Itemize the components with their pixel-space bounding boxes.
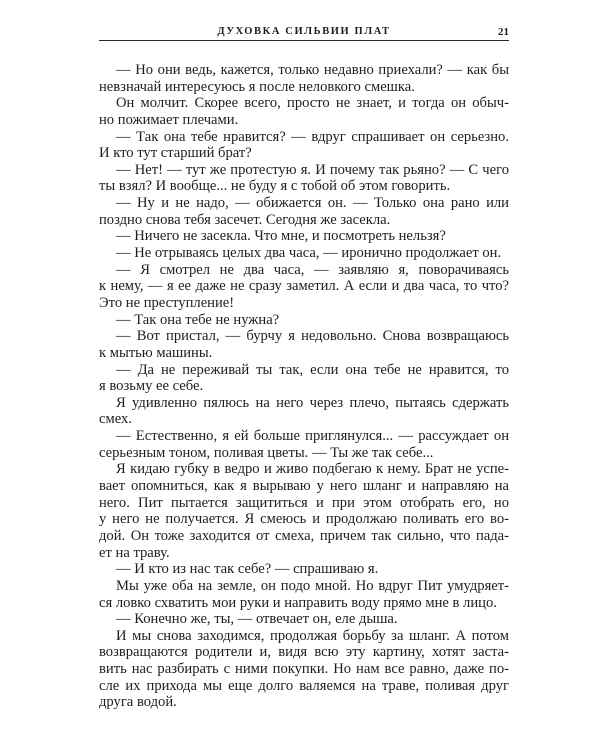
text-line: к мытью машины.: [99, 345, 509, 362]
text-line: но пожимает плечами.: [99, 112, 509, 129]
text-line: друга водой.: [99, 694, 509, 711]
text-line: поздно снова тебя засечет. Сегодня же за…: [99, 212, 509, 229]
text-line: — Вот пристал, — бурчу я недовольно. Сно…: [99, 328, 509, 345]
text-line: — Я смотрел не два часа, — заявляю я, по…: [99, 262, 509, 279]
running-header: ДУХОВКА СИЛЬВИИ ПЛАТ 21: [99, 26, 509, 41]
text-line: ся ловко схватить мои руки и направить в…: [99, 595, 509, 612]
text-line: — Но они ведь, кажется, только недавно п…: [99, 62, 509, 79]
text-line: вить нас разбирать с ними покупки. Но на…: [99, 661, 509, 678]
text-line: Он молчит. Скорее всего, просто не знает…: [99, 95, 509, 112]
text-line: Это не преступление!: [99, 295, 509, 312]
text-line: невзначай интересуюсь я после неловкого …: [99, 79, 509, 96]
text-line: — Да не переживай ты так, если она тебе …: [99, 362, 509, 379]
text-line: дой. Он тоже заходится от смеха, причем …: [99, 528, 509, 545]
text-line: — Конечно же, ты, — отвечает он, еле дыш…: [99, 611, 509, 628]
text-line: И кто тут старший брат?: [99, 145, 509, 162]
text-line: у него не получается. Я смеюсь и продолж…: [99, 511, 509, 528]
text-line: Я удивленно пялюсь на него через плечо, …: [99, 395, 509, 412]
text-line: вает опомниться, как я вырываю у него шл…: [99, 478, 509, 495]
running-header-title: ДУХОВКА СИЛЬВИИ ПЛАТ: [99, 26, 509, 38]
text-line: ты взял? И вообще... не буду я с тобой о…: [99, 178, 509, 195]
text-line: возвращаются родители и, видя всю эту ка…: [99, 644, 509, 661]
text-line: — Ну и не надо, — обижается он. — Только…: [99, 195, 509, 212]
text-line: Мы уже оба на земле, он подо мной. Но вд…: [99, 578, 509, 595]
text-line: него. Пит пытается защититься и при этом…: [99, 495, 509, 512]
text-line: сле их прихода мы еще долго валяемся на …: [99, 678, 509, 695]
text-line: смех.: [99, 411, 509, 428]
text-line: И мы снова заходимся, продолжая борьбу з…: [99, 628, 509, 645]
page-number: 21: [498, 26, 509, 38]
text-line: — Так она тебе нравится? — вдруг спрашив…: [99, 129, 509, 146]
text-line: — Ничего не засекла. Что мне, и посмотре…: [99, 228, 509, 245]
text-line: — Так она тебе не нужна?: [99, 312, 509, 329]
text-line: — Не отрываясь целых два часа, — ироничн…: [99, 245, 509, 262]
text-line: — Нет! — тут же протестую я. И почему та…: [99, 162, 509, 179]
text-line: ет на траву.: [99, 545, 509, 562]
text-line: к нему, — я ее даже не сразу заметил. А …: [99, 278, 509, 295]
text-line: серьезным тоном, поливая цветы. — Ты же …: [99, 445, 509, 462]
text-line: я возьму ее себе.: [99, 378, 509, 395]
text-line: — И кто из нас так себе? — спрашиваю я.: [99, 561, 509, 578]
text-line: Я кидаю губку в ведро и живо подбегаю к …: [99, 461, 509, 478]
body-text: — Но они ведь, кажется, только недавно п…: [99, 62, 509, 711]
text-line: — Естественно, я ей больше приглянулся..…: [99, 428, 509, 445]
